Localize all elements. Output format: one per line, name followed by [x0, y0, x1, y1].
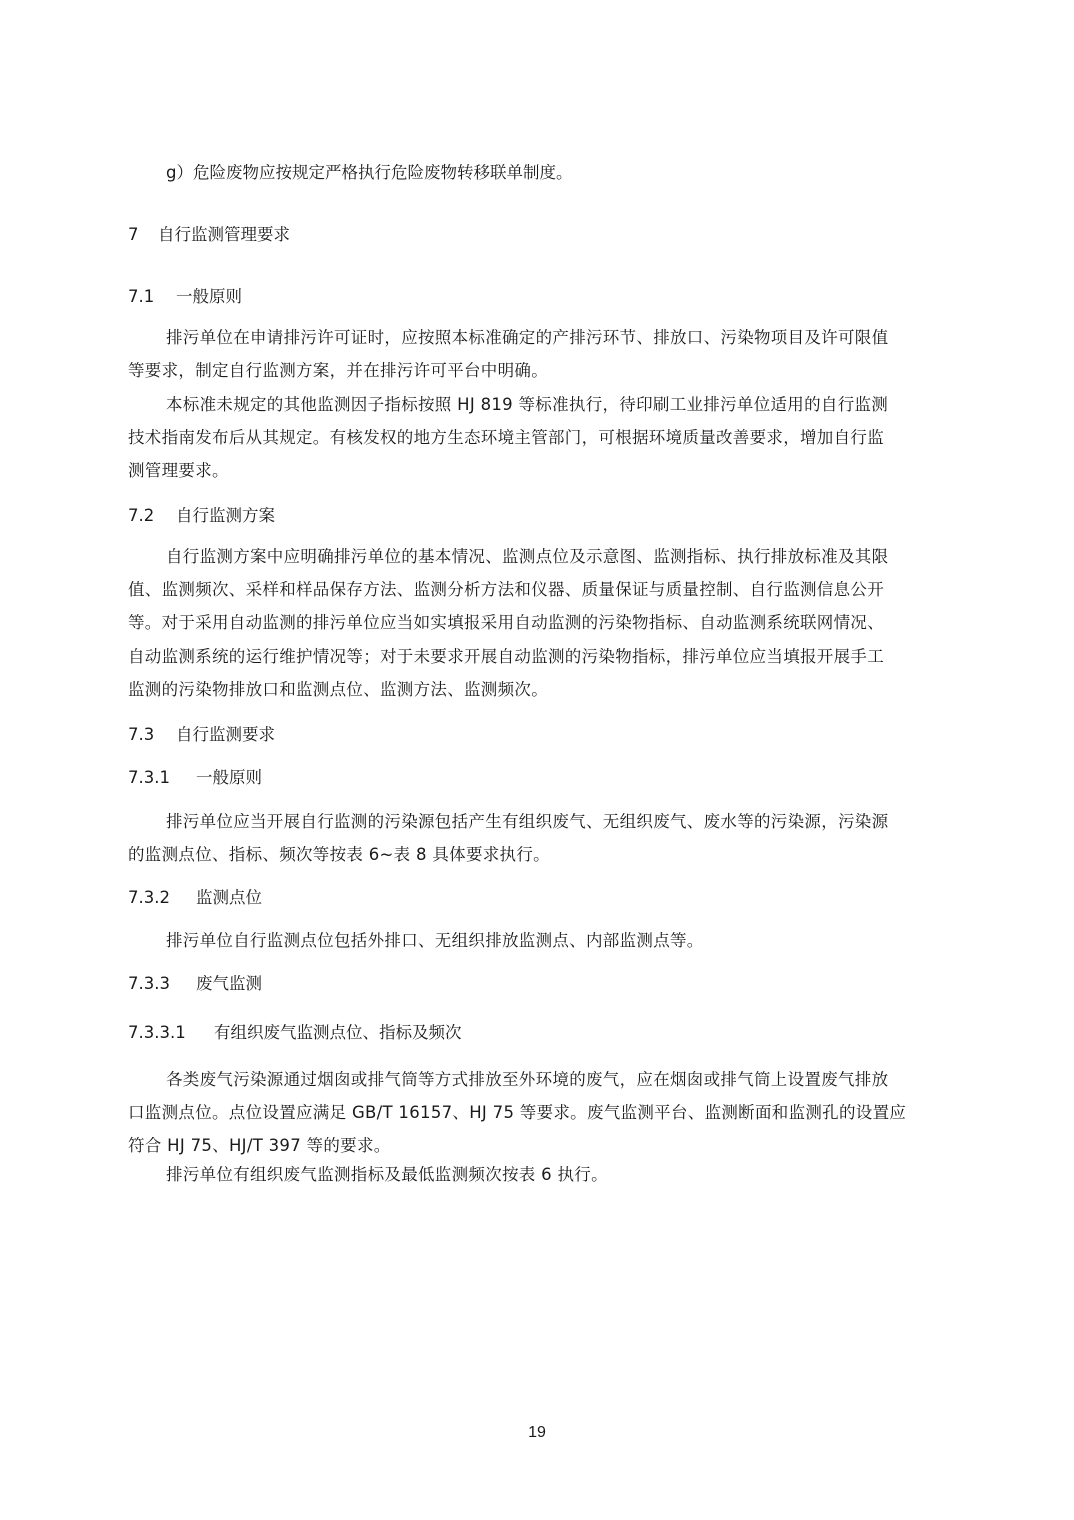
- section-title: 有组织废气监测点位、指标及频次: [214, 1023, 462, 1042]
- paragraph-line: 口监测点位。点位设置应满足 GB/T 16157、HJ 75 等要求。废气监测平…: [128, 1101, 906, 1125]
- section-heading-7-1: 7.1一般原则: [128, 285, 242, 309]
- section-number: 7.3.3: [128, 972, 196, 996]
- section-heading-7-3: 7.3自行监测要求: [128, 723, 275, 747]
- section-heading-7: 7自行监测管理要求: [128, 223, 290, 247]
- section-heading-7-2: 7.2自行监测方案: [128, 504, 275, 528]
- section-title: 监测点位: [196, 888, 262, 907]
- paragraph-line: 排污单位有组织废气监测指标及最低监测频次按表 6 执行。: [166, 1163, 608, 1187]
- paragraph-line: 排污单位自行监测点位包括外排口、无组织排放监测点、内部监测点等。: [166, 929, 704, 953]
- section-number: 7.3.1: [128, 766, 196, 790]
- section-number: 7.3.2: [128, 886, 196, 910]
- paragraph-line: 测管理要求。: [128, 459, 229, 483]
- paragraph-line: 符合 HJ 75、HJ/T 397 等的要求。: [128, 1134, 391, 1158]
- section-heading-7-3-2: 7.3.2监测点位: [128, 886, 262, 910]
- section-heading-7-3-3-1: 7.3.3.1有组织废气监测点位、指标及频次: [128, 1021, 462, 1045]
- section-title: 一般原则: [196, 768, 262, 787]
- paragraph-line: 等。对于采用自动监测的排污单位应当如实填报采用自动监测的污染物指标、自动监测系统…: [128, 611, 884, 635]
- paragraph-line: 各类废气污染源通过烟囱或排气筒等方式排放至外环境的废气，应在烟囱或排气筒上设置废…: [166, 1068, 888, 1092]
- paragraph-line: 值、监测频次、采样和样品保存方法、监测分析方法和仪器、质量保证与质量控制、自行监…: [128, 578, 884, 602]
- paragraph-line: 等要求，制定自行监测方案，并在排污许可平台中明确。: [128, 359, 548, 383]
- paragraph-line: 排污单位在申请排污许可证时，应按照本标准确定的产排污环节、排放口、污染物项目及许…: [166, 326, 888, 350]
- section-heading-7-3-1: 7.3.1一般原则: [128, 766, 262, 790]
- section-number: 7.2: [128, 504, 176, 528]
- section-title: 自行监测要求: [176, 725, 275, 744]
- list-item-g: g）危险废物应按规定严格执行危险废物转移联单制度。: [166, 161, 572, 185]
- section-title: 自行监测方案: [176, 506, 275, 525]
- paragraph-line: 自动监测系统的运行维护情况等；对于未要求开展自动监测的污染物指标，排污单位应当填…: [128, 645, 884, 669]
- section-number: 7.1: [128, 285, 176, 309]
- section-title: 一般原则: [176, 287, 242, 306]
- paragraph-line: 的监测点位、指标、频次等按表 6~表 8 具体要求执行。: [128, 843, 550, 867]
- page-number: 19: [0, 1424, 1074, 1442]
- paragraph-line: 排污单位应当开展自行监测的污染源包括产生有组织废气、无组织废气、废水等的污染源，…: [166, 810, 888, 834]
- paragraph-line: 技术指南发布后从其规定。有核发权的地方生态环境主管部门，可根据环境质量改善要求，…: [128, 426, 884, 450]
- section-heading-7-3-3: 7.3.3废气监测: [128, 972, 262, 996]
- section-number: 7.3.3.1: [128, 1021, 214, 1045]
- section-number: 7: [128, 223, 158, 247]
- section-number: 7.3: [128, 723, 176, 747]
- section-title: 自行监测管理要求: [158, 225, 290, 244]
- paragraph-line: 监测的污染物排放口和监测点位、监测方法、监测频次。: [128, 678, 548, 702]
- section-title: 废气监测: [196, 974, 262, 993]
- paragraph-line: 本标准未规定的其他监测因子指标按照 HJ 819 等标准执行，待印刷工业排污单位…: [166, 393, 888, 417]
- paragraph-line: 自行监测方案中应明确排污单位的基本情况、监测点位及示意图、监测指标、执行排放标准…: [166, 545, 888, 569]
- document-page: g）危险废物应按规定严格执行危险废物转移联单制度。 7自行监测管理要求 7.1一…: [0, 0, 1074, 1520]
